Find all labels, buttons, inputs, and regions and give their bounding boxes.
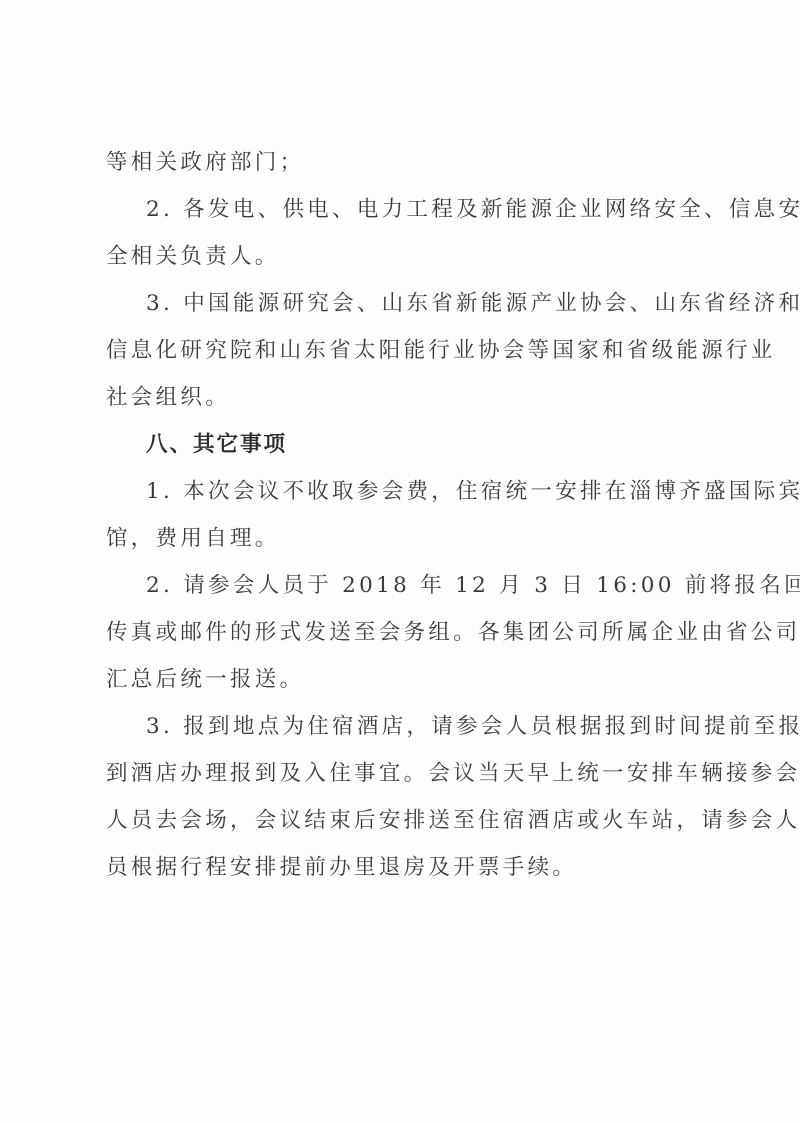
document-page-lower — [0, 0, 800, 1123]
